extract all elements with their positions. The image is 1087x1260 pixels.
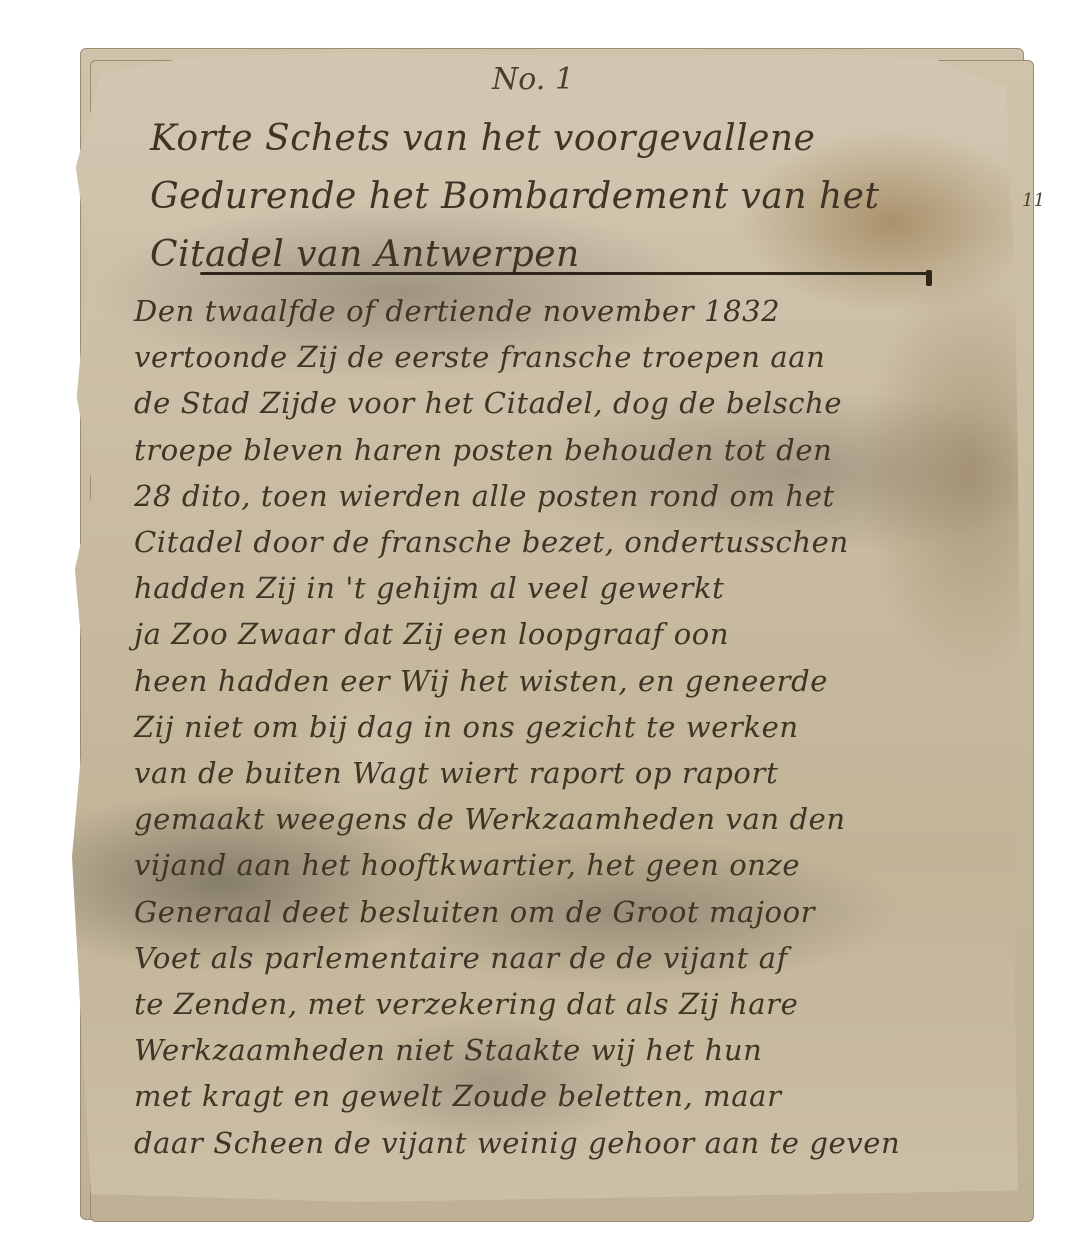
- text-line: van de buiten Wagt wiert raport op rapor…: [134, 750, 1014, 796]
- text-line: Voet als parlementaire naar de de vijant…: [134, 935, 1014, 981]
- text-line: heen hadden eer Wij het wisten, en genee…: [134, 658, 1014, 704]
- text-line: te Zenden, met verzekering dat als Zij h…: [134, 981, 1014, 1027]
- document-title: Korte Schets van het voorgevallene Gedur…: [150, 110, 970, 284]
- text-line: Werkzaamheden niet Staakte wij het hun: [134, 1027, 1014, 1073]
- text-line: Den twaalfde of dertiende november 1832: [134, 288, 1014, 334]
- text-line: daar Scheen de vijant weinig gehoor aan …: [134, 1120, 1014, 1166]
- text-line: vertoonde Zij de eerste fransche troepen…: [134, 334, 1014, 380]
- text-line: gemaakt weegens de Werkzaamheden van den: [134, 796, 1014, 842]
- text-line: Zij niet om bij dag in ons gezicht te we…: [134, 704, 1014, 750]
- text-line: troepe bleven haren posten behouden tot …: [134, 427, 1014, 473]
- margin-mark: 11: [1022, 190, 1045, 211]
- text-line: met kragt en gewelt Zoude beletten, maar: [134, 1073, 1014, 1119]
- text-line: Generaal deet besluiten om de Groot majo…: [134, 889, 1014, 935]
- title-line: Gedurende het Bombardement van het: [150, 168, 970, 226]
- text-line: Citadel door de fransche bezet, ondertus…: [134, 519, 1014, 565]
- manuscript-body: Den twaalfde of dertiende november 1832 …: [134, 288, 1014, 1166]
- text-line: hadden Zij in 't gehijm al veel gewerkt: [134, 565, 1014, 611]
- title-line: Korte Schets van het voorgevallene: [150, 110, 970, 168]
- text-line: vijand aan het hooftkwartier, het geen o…: [134, 842, 1014, 888]
- text-line: de Stad Zijde voor het Citadel, dog de b…: [134, 380, 1014, 426]
- title-underline: [200, 272, 928, 275]
- page-number: No. 1: [492, 62, 574, 97]
- text-line: ja Zoo Zwaar dat Zij een loopgraaf oon: [134, 611, 1014, 657]
- manuscript-page: No. 1 Korte Schets van het voorgevallene…: [72, 52, 1020, 1202]
- text-line: 28 dito, toen wierden alle posten rond o…: [134, 473, 1014, 519]
- title-line: Citadel van Antwerpen: [150, 226, 970, 284]
